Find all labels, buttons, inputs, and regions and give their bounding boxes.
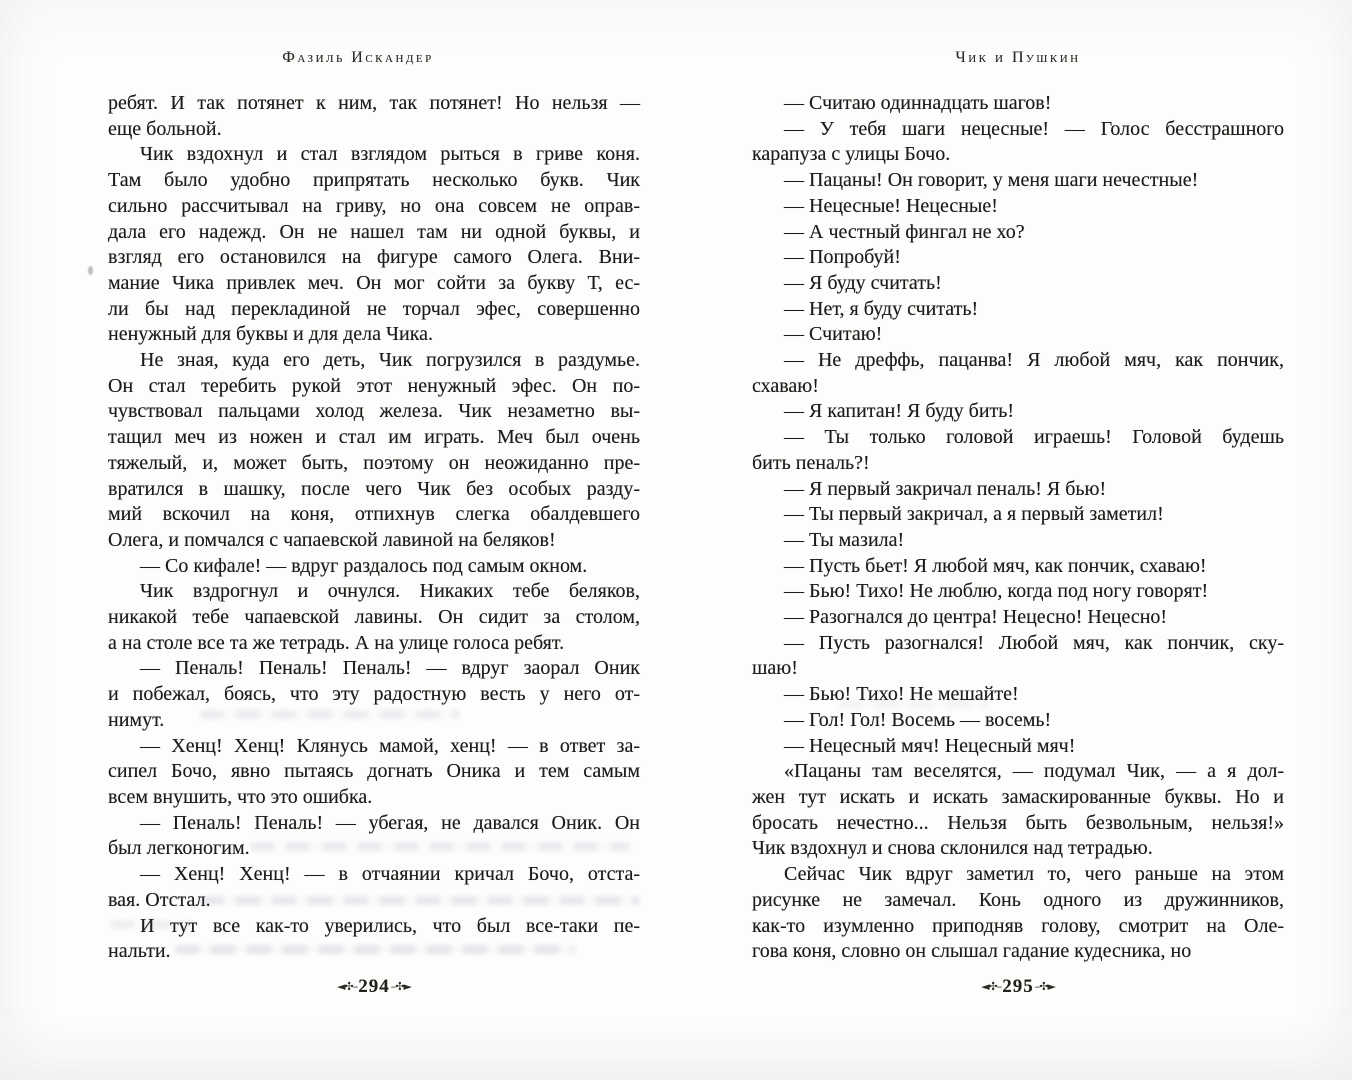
paragraph: — Считаю одиннадцать шагов! [752, 91, 1284, 117]
text-line: — Я первый закричал пеналь! Я бью! [752, 477, 1284, 503]
text-line: — Со кифале! — вдруг раздалось под самым… [108, 554, 640, 580]
text-line: Чик вздохнул и стал взглядом рыться в гр… [108, 142, 640, 168]
text-line: — Считаю! [752, 322, 1284, 348]
page-text-left: ребят. И так потянет к ним, так потянет!… [108, 91, 640, 965]
paragraph: — Нет, я буду считать! [752, 297, 1284, 323]
text-line: никакой тебе чапаевской лавины. Он сидит… [108, 605, 640, 631]
text-line: всем внушить, что это ошибка. [108, 785, 640, 811]
text-line: был легконогим. [108, 836, 640, 862]
text-line: — Считаю одиннадцать шагов! [752, 91, 1284, 117]
text-line: вратился в шашку, после чего Чик без осо… [108, 477, 640, 503]
text-line: — Ты первый закричал, а я первый заметил… [752, 502, 1284, 528]
text-line: — Я буду считать! [752, 271, 1284, 297]
text-line: — Нет, я буду считать! [752, 297, 1284, 323]
text-line: — У тебя шаги нецесные! — Голос бесстраш… [752, 117, 1284, 143]
folio-ornament-right-icon: –✣► [1035, 980, 1055, 993]
text-line: бить пеналь?! [752, 451, 1284, 477]
page-text-right: — Считаю одиннадцать шагов!— У тебя шаги… [752, 91, 1284, 965]
text-line: и побежал, боясь, что эту радостную вест… [108, 682, 640, 708]
text-line: — Нецесный мяч! Нецесный мяч! [752, 734, 1284, 760]
page-number-right: 295 [1002, 976, 1034, 997]
paragraph: — Я буду считать! [752, 271, 1284, 297]
text-line: гова коня, словно он слышал гадание куде… [752, 939, 1284, 965]
paragraph: — Пусть бьет! Я любой мяч, как пончик, с… [752, 554, 1284, 580]
paragraph: — Пацаны! Он говорит, у меня шаги нечест… [752, 168, 1284, 194]
paragraph: Чик вздрогнул и очнулся. Никаких тебе бе… [108, 579, 640, 656]
text-line: — Пеналь! Пеналь! — убегая, не давался О… [108, 811, 640, 837]
text-line: нимут. [108, 708, 640, 734]
paragraph: — Ты первый закричал, а я первый заметил… [752, 502, 1284, 528]
text-line: мание Чика привлек меч. Он мог сойти за … [108, 271, 640, 297]
text-line: Олега, и помчался с чапаевской лавиной н… [108, 528, 640, 554]
paragraph: — Нецесный мяч! Нецесный мяч! [752, 734, 1284, 760]
paragraph: «Пацаны там веселятся, — подумал Чик, — … [752, 759, 1284, 862]
folio-ornament-left-icon: ◄✣– [337, 980, 357, 993]
text-line: — Не дреффь, пацанва! Я любой мяч, как п… [752, 348, 1284, 374]
paragraph: ребят. И так потянет к ним, так потянет!… [108, 91, 640, 142]
text-line: — Пацаны! Он говорит, у меня шаги нечест… [752, 168, 1284, 194]
page-right: Чик и Пушкин — Считаю одиннадцать шагов!… [752, 0, 1284, 1080]
text-line: — Пеналь! Пеналь! Пеналь! — вдруг заорал… [108, 656, 640, 682]
text-line: нальти. [108, 939, 640, 965]
text-line: вая. Отстал. [108, 888, 640, 914]
text-line: бросать нечестно... Нельзя быть безвольн… [752, 811, 1284, 837]
text-line: — Гол! Гол! Восемь — восемь! [752, 708, 1284, 734]
text-line: Чик вздохнул и снова склонился над тетра… [752, 836, 1284, 862]
paragraph: — Пеналь! Пеналь! Пеналь! — вдруг заорал… [108, 656, 640, 733]
folio-left: ◄✣–294–✣► [108, 976, 640, 998]
book-spread: Фазиль Искандер ребят. И так потянет к н… [0, 0, 1352, 1080]
paragraph: — Считаю! [752, 322, 1284, 348]
text-line: сильно рассчитывал на гриву, но она совс… [108, 194, 640, 220]
paragraph: — Гол! Гол! Восемь — восемь! [752, 708, 1284, 734]
text-line: схаваю! [752, 374, 1284, 400]
text-line: Не зная, куда его деть, Чик погрузился в… [108, 348, 640, 374]
text-line: — Пусть разогнался! Любой мяч, как пончи… [752, 631, 1284, 657]
text-line: ненужный для буквы и для дела Чика. [108, 322, 640, 348]
text-line: Чик вздрогнул и очнулся. Никаких тебе бе… [108, 579, 640, 605]
paragraph: — Я капитан! Я буду бить! [752, 399, 1284, 425]
paragraph: — Хенц! Хенц! — в отчаянии кричал Бочо, … [108, 862, 640, 913]
paragraph: Не зная, куда его деть, Чик погрузился в… [108, 348, 640, 554]
paragraph: — Бью! Тихо! Не люблю, когда под ногу го… [752, 579, 1284, 605]
scan-speck [88, 266, 93, 275]
text-line: взгляд его остановился на фигуре самого … [108, 245, 640, 271]
paragraph: — Разогнался до центра! Нецесно! Нецесно… [752, 605, 1284, 631]
text-line: — Ты мазила! [752, 528, 1284, 554]
text-line: — Хенц! Хенц! Клянусь мамой, хенц! — в о… [108, 734, 640, 760]
text-line: Он стал теребить рукой этот ненужный эфе… [108, 374, 640, 400]
text-line: — Пусть бьет! Я любой мяч, как пончик, с… [752, 554, 1284, 580]
paragraph: — А честный фингал не хо? [752, 220, 1284, 246]
text-line: — Попробуй! [752, 245, 1284, 271]
paragraph: — Со кифале! — вдруг раздалось под самым… [108, 554, 640, 580]
text-line: тяжелый, и, может быть, поэтому он неожи… [108, 451, 640, 477]
paragraph: — Нецесные! Нецесные! [752, 194, 1284, 220]
folio-right: ◄✣–295–✣► [752, 976, 1284, 998]
page-left: Фазиль Искандер ребят. И так потянет к н… [108, 0, 640, 1080]
text-line: шаю! [752, 656, 1284, 682]
paragraph: — Хенц! Хенц! Клянусь мамой, хенц! — в о… [108, 734, 640, 811]
paragraph: — Я первый закричал пеналь! Я бью! [752, 477, 1284, 503]
text-line: «Пацаны там веселятся, — подумал Чик, — … [752, 759, 1284, 785]
paragraph: — Пеналь! Пеналь! — убегая, не давался О… [108, 811, 640, 862]
text-line: ребят. И так потянет к ним, так потянет!… [108, 91, 640, 117]
text-line: — Бью! Тихо! Не люблю, когда под ногу го… [752, 579, 1284, 605]
text-line: рисунке не замечал. Конь одного из дружи… [752, 888, 1284, 914]
text-line: — Хенц! Хенц! — в отчаянии кричал Бочо, … [108, 862, 640, 888]
text-line: И тут все как-то уверились, что был все-… [108, 914, 640, 940]
text-line: — А честный фингал не хо? [752, 220, 1284, 246]
paragraph: — У тебя шаги нецесные! — Голос бесстраш… [752, 117, 1284, 168]
text-line: дала его надежд. Он не нашел там ни одно… [108, 220, 640, 246]
text-line: жен тут искать и искать замаскированные … [752, 785, 1284, 811]
text-line: Там было удобно припрятать несколько бук… [108, 168, 640, 194]
text-line: еще больной. [108, 117, 640, 143]
page-number-left: 294 [358, 976, 390, 997]
paragraph: Чик вздохнул и стал взглядом рыться в гр… [108, 142, 640, 348]
text-line: мий вскочил на коня, отпихнув слегка оба… [108, 502, 640, 528]
text-line: как-то изумленно приподняв голову, смотр… [752, 914, 1284, 940]
paragraph: — Попробуй! [752, 245, 1284, 271]
text-line: — Ты только головой играешь! Головой буд… [752, 425, 1284, 451]
text-line: сипел Бочо, явно пытаясь догнать Оника и… [108, 759, 640, 785]
running-head-author: Фазиль Искандер [76, 49, 640, 67]
running-head-title: Чик и Пушкин [752, 49, 1284, 67]
text-line: карапуза с улицы Бочо. [752, 142, 1284, 168]
paragraph: — Не дреффь, пацанва! Я любой мяч, как п… [752, 348, 1284, 399]
paragraph: — Пусть разогнался! Любой мяч, как пончи… [752, 631, 1284, 682]
text-line: — Я капитан! Я буду бить! [752, 399, 1284, 425]
text-line: а на столе все та же тетрадь. А на улице… [108, 631, 640, 657]
folio-ornament-left-icon: ◄✣– [981, 980, 1001, 993]
folio-ornament-right-icon: –✣► [391, 980, 411, 993]
paragraph: — Ты мазила! [752, 528, 1284, 554]
paragraph: Сейчас Чик вдруг заметил то, чего раньше… [752, 862, 1284, 965]
text-line: Сейчас Чик вдруг заметил то, чего раньше… [752, 862, 1284, 888]
text-line: ли бы над перекладиной не торчал эфес, с… [108, 297, 640, 323]
paragraph: — Бью! Тихо! Не мешайте! [752, 682, 1284, 708]
text-line: — Бью! Тихо! Не мешайте! [752, 682, 1284, 708]
text-line: тащил меч из ножен и стал им играть. Меч… [108, 425, 640, 451]
text-line: — Нецесные! Нецесные! [752, 194, 1284, 220]
text-line: — Разогнался до центра! Нецесно! Нецесно… [752, 605, 1284, 631]
text-line: чувствовал пальцами холод железа. Чик не… [108, 399, 640, 425]
paragraph: И тут все как-то уверились, что был все-… [108, 914, 640, 965]
paragraph: — Ты только головой играешь! Головой буд… [752, 425, 1284, 476]
